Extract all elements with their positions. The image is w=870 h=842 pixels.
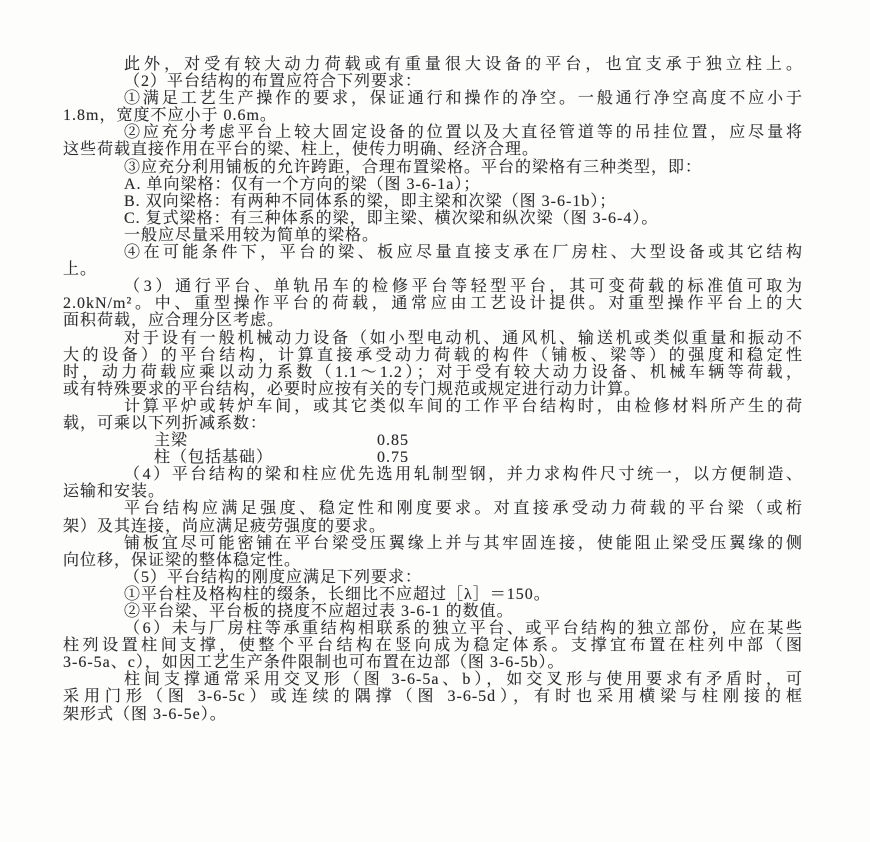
text-line: 1.8m，宽度不应小于 0.6m。 bbox=[63, 107, 803, 124]
text-line: 采用门形（图 3-6-5c）或连续的隅撑（图 3-6-5d），有时也采用横梁与柱… bbox=[63, 688, 803, 705]
text-line: 平台结构应满足强度、稳定性和刚度要求。对直接承受动力荷载的平台梁（或桁 bbox=[63, 500, 803, 517]
document-text-block: 此外，对受有较大动力荷载或有重量很大设备的平台，也宜支承于独立柱上。（2）平台结… bbox=[63, 56, 803, 723]
text-line: 载，可乘以下列折减系数： bbox=[63, 415, 803, 432]
text-line: B. 双向梁格：有两种不同体系的梁，即主梁和次梁（图 3-6-1b）； bbox=[63, 193, 803, 210]
text-line: 这些荷载直接作用在平台的梁、柱上，使传力明确、经济合理。 bbox=[63, 141, 803, 158]
text-line: ②平台梁、平台板的挠度不应超过表 3-6-1 的数值。 bbox=[63, 603, 803, 620]
coefficient-label: 主梁 bbox=[154, 432, 188, 449]
text-line: A. 单向梁格：仅有一个方向的梁（图 3-6-1a）； bbox=[63, 176, 803, 193]
text-line: C. 复式梁格：有三种体系的梁，即主梁、横次梁和纵次梁（图 3-6-4）。 bbox=[63, 210, 803, 227]
text-line: 柱间支撑通常采用交叉形（图 3-6-5a、b），如交叉形与使用要求有矛盾时，可 bbox=[63, 671, 803, 688]
text-line: 2.0kN/m²。中、重型操作平台的荷载，通常应由工艺设计提供。对重型操作平台上… bbox=[63, 295, 803, 312]
text-line: 运输和安装。 bbox=[63, 483, 803, 500]
coefficient-label: 柱（包括基础） bbox=[154, 449, 273, 466]
text-line: 面积荷载，应合理分区考虑。 bbox=[63, 312, 803, 329]
document-page: 此外，对受有较大动力荷载或有重量很大设备的平台，也宜支承于独立柱上。（2）平台结… bbox=[0, 0, 870, 842]
text-line: ①平台柱及格构柱的缀条，长细比不应超过［λ］＝150。 bbox=[63, 586, 803, 603]
text-line: 对于设有一般机械动力设备（如小型电动机、通风机、输送机或类似重量和振动不 bbox=[63, 330, 803, 347]
text-line: 大的设备）的平台结构，计算直接承受动力荷载的构件（铺板、梁等）的强度和稳定性 bbox=[63, 347, 803, 364]
text-line: （6）未与厂房柱等承重结构相联系的独立平台、或平台结构的独立部份，应在某些 bbox=[63, 620, 803, 637]
coefficient-value: 0.75 bbox=[377, 449, 409, 466]
text-line: 架形式（图 3-6-5e）。 bbox=[63, 706, 803, 723]
text-line: 上。 bbox=[63, 261, 803, 278]
text-line: 柱列设置柱间支撑，使整个平台结构在竖向成为稳定体系。支撑宜布置在柱列中部（图 bbox=[63, 637, 803, 654]
text-line: 3-6-5a、c），如因工艺生产条件限制也可布置在边部（图 3-6-5b）。 bbox=[63, 654, 803, 671]
text-line: （5）平台结构的刚度应满足下列要求： bbox=[63, 569, 803, 586]
text-line: （3）通行平台、单轨吊车的检修平台等轻型平台，其可变荷载的标准值可取为 bbox=[63, 278, 803, 295]
text-line: （4）平台结构的梁和柱应优先选用轧制型钢，并力求构件尺寸统一，以方便制造、 bbox=[63, 466, 803, 483]
text-line: 或有特殊要求的平台结构，必要时应按有关的专门规范或规定进行动力计算。 bbox=[63, 381, 803, 398]
reduction-coefficient-row: 柱（包括基础）0.75 bbox=[63, 449, 803, 466]
text-line: 架）及其连接，尚应满足疲劳强度的要求。 bbox=[63, 518, 803, 535]
text-line: 时，动力荷载应乘以动力系数（1.1～1.2）；对于受有较大动力设备、机械车辆等荷… bbox=[63, 364, 803, 381]
text-line: 铺板宜尽可能密铺在平台梁受压翼缘上并与其牢固连接，使能阻止梁受压翼缘的侧 bbox=[63, 535, 803, 552]
text-line: ③应充分利用铺板的允许跨距，合理布置梁格。平台的梁格有三种类型，即： bbox=[63, 159, 803, 176]
text-line: ④在可能条件下，平台的梁、板应尽量直接支承在厂房柱、大型设备或其它结构 bbox=[63, 244, 803, 261]
text-line: （2）平台结构的布置应符合下列要求： bbox=[63, 73, 803, 90]
text-line: 一般应尽量采用较为简单的梁格。 bbox=[63, 227, 803, 244]
text-line: 向位移，保证梁的整体稳定性。 bbox=[63, 552, 803, 569]
text-line: 此外，对受有较大动力荷载或有重量很大设备的平台，也宜支承于独立柱上。 bbox=[63, 56, 803, 73]
reduction-coefficient-row: 主梁0.85 bbox=[63, 432, 803, 449]
coefficient-value: 0.85 bbox=[377, 432, 409, 449]
text-line: ②应充分考虑平台上较大固定设备的位置以及大直径管道等的吊挂位置，应尽量将 bbox=[63, 124, 803, 141]
text-line: 计算平炉或转炉车间，或其它类似车间的工作平台结构时，由检修材料所产生的荷 bbox=[63, 398, 803, 415]
text-line: ①满足工艺生产操作的要求，保证通行和操作的净空。一般通行净空高度不应小于 bbox=[63, 90, 803, 107]
